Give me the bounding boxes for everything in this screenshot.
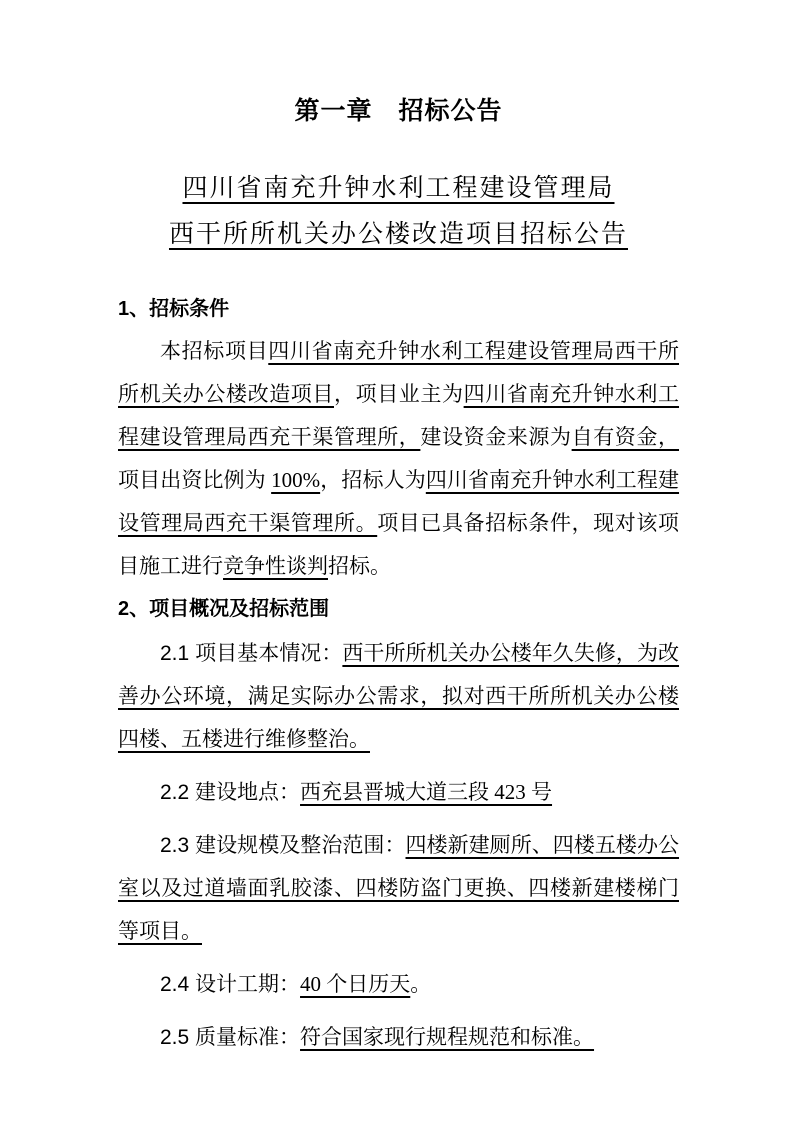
underlined-text: 自有资金， (572, 425, 679, 449)
plain-text: ，项目业主为 (334, 382, 464, 406)
document-title: 四川省南充升钟水利工程建设管理局 西干所所机关办公楼改造项目招标公告 (118, 166, 679, 258)
document-title-line: 四川省南充升钟水利工程建设管理局 (118, 166, 679, 212)
plain-text: 本招标项目 (160, 339, 268, 363)
chapter-title: 第一章 招标公告 (118, 95, 679, 129)
document-title-text-1: 四川省南充升钟水利工程建设管理局 (182, 175, 614, 202)
tender-item-paragraph: 2.1 项目基本情况：西干所所机关办公楼年久失修，为改善办公环境，满足实际办公需… (118, 632, 679, 761)
tender-item-paragraph: 2.4 设计工期：40 个日历天。 (118, 963, 679, 1006)
tender-item-paragraph: 2.3 建设规模及整治范围：四楼新建厕所、四楼五楼办公室以及过道墙面乳胶漆、四楼… (118, 824, 679, 953)
section-1-heading: 1、招标条件 (118, 294, 679, 324)
item-label: 2.2 建设地点： (160, 781, 300, 804)
document-page: 第一章 招标公告 四川省南充升钟水利工程建设管理局 西干所所机关办公楼改造项目招… (0, 0, 793, 1122)
tender-item-paragraph: 2.2 建设地点：西充县晋城大道三段 423 号 (118, 771, 679, 814)
underlined-text: 西充县晋城大道三段 423 号 (300, 780, 552, 804)
underlined-text: 40 个日历天 (300, 972, 410, 996)
item-label: 2.3 建设规模及整治范围： (160, 834, 406, 857)
item-label: 2.5 质量标准： (160, 1026, 300, 1049)
document-title-line: 西干所所机关办公楼改造项目招标公告 (118, 212, 679, 258)
underlined-text: 竞争性谈判 (223, 554, 328, 578)
plain-text: ，招标人为 (320, 468, 426, 492)
item-label: 2.4 设计工期： (160, 973, 300, 996)
tender-item-paragraph: 2.5 质量标准：符合国家现行规程规范和标准。 (118, 1016, 679, 1059)
section-2-items: 2.1 项目基本情况：西干所所机关办公楼年久失修，为改善办公环境，满足实际办公需… (118, 632, 679, 1059)
section-1-paragraph: 本招标项目四川省南充升钟水利工程建设管理局西干所所机关办公楼改造项目，项目业主为… (118, 330, 679, 588)
underlined-text: 100% (271, 468, 320, 492)
item-label: 2.1 项目基本情况： (160, 642, 342, 665)
plain-text: 。 (410, 972, 431, 996)
plain-text: 建设资金来源为 (420, 425, 571, 449)
plain-text: 项目出资比例为 (118, 468, 271, 492)
plain-text: 招标。 (328, 554, 391, 578)
underlined-text: 符合国家现行规程规范和标准。 (300, 1025, 594, 1049)
section-2-heading: 2、项目概况及招标范围 (118, 594, 679, 624)
document-title-text-2: 西干所所机关办公楼改造项目招标公告 (169, 221, 628, 248)
